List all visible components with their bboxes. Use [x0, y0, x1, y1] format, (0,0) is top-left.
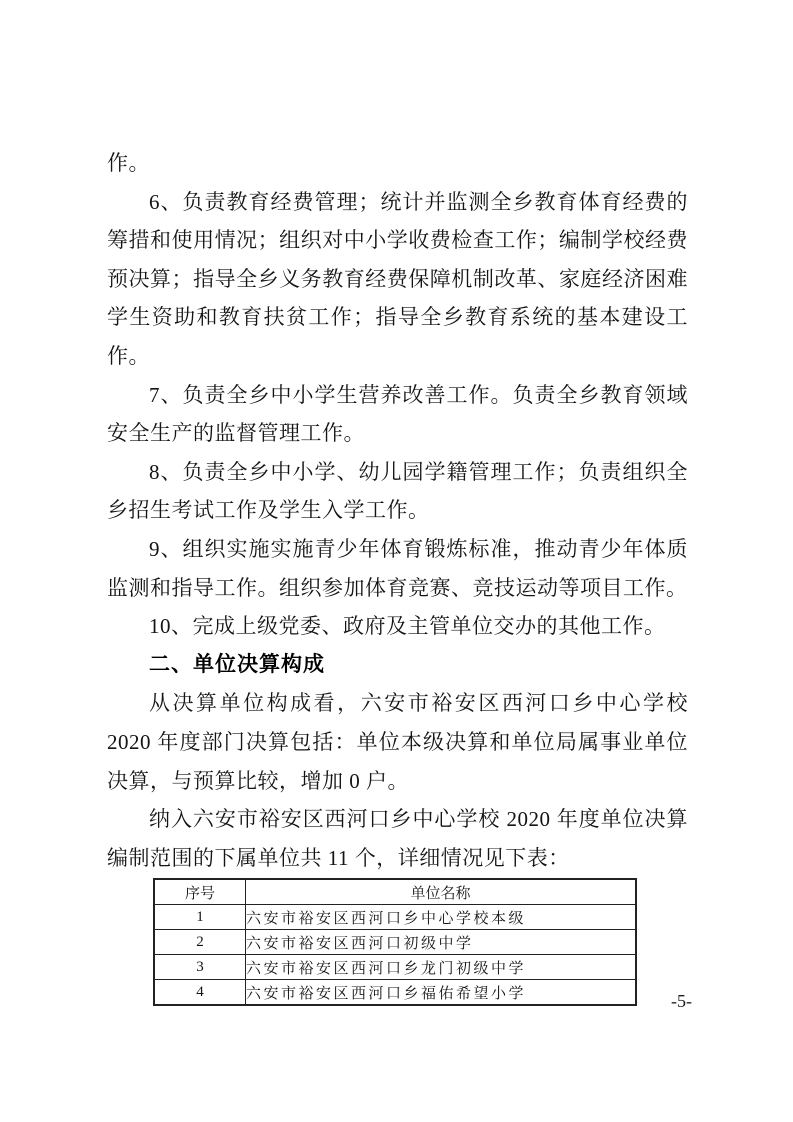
- cell-unit-name: 六安市裕安区西河口乡中心学校本级: [246, 905, 637, 930]
- cell-unit-name: 六安市裕安区西河口乡龙门初级中学: [246, 955, 637, 980]
- duty-item-8: 8、负责全乡中小学、幼儿园学籍管理工作；负责组织全乡招生考试工作及学生入学工作。: [107, 453, 688, 530]
- cell-index: 3: [154, 955, 246, 980]
- column-header-unit-name: 单位名称: [246, 879, 637, 905]
- table-row: 1 六安市裕安区西河口乡中心学校本级: [154, 905, 636, 930]
- cell-index: 1: [154, 905, 246, 930]
- table-row: 3 六安市裕安区西河口乡龙门初级中学: [154, 955, 636, 980]
- column-header-index: 序号: [154, 879, 246, 905]
- cell-unit-name: 六安市裕安区西河口乡福佑希望小学: [246, 980, 637, 1006]
- subordinate-units-table: 序号 单位名称 1 六安市裕安区西河口乡中心学校本级 2 六安市裕安区西河口初级…: [153, 878, 637, 1006]
- section-heading: 二、单位决算构成: [107, 646, 688, 685]
- document-page: 作。 6、负责教育经费管理；统计并监测全乡教育体育经费的筹措和使用情况；组织对中…: [0, 0, 793, 1122]
- table-row: 4 六安市裕安区西河口乡福佑希望小学: [154, 980, 636, 1006]
- table-header-row: 序号 单位名称: [154, 879, 636, 905]
- cell-index: 4: [154, 980, 246, 1006]
- duty-item-10: 10、完成上级党委、政府及主管单位交办的其他工作。: [107, 607, 688, 646]
- page-number: -5-: [671, 991, 692, 1012]
- duty-item-6: 6、负责教育经费管理；统计并监测全乡教育体育经费的筹措和使用情况；组织对中小学收…: [107, 183, 688, 376]
- duty-item-7: 7、负责全乡中小学生营养改善工作。负责全乡教育领域安全生产的监督管理工作。: [107, 376, 688, 453]
- subordinate-units-intro-paragraph: 纳入六安市裕安区西河口乡中心学校 2020 年度单位决算编制范围的下属单位共 1…: [107, 800, 688, 877]
- cell-index: 2: [154, 930, 246, 955]
- duty-item-9: 9、组织实施实施青少年体育锻炼标准，推动青少年体质监测和指导工作。组织参加体育竞…: [107, 530, 688, 607]
- cell-unit-name: 六安市裕安区西河口初级中学: [246, 930, 637, 955]
- document-body: 作。 6、负责教育经费管理；统计并监测全乡教育体育经费的筹措和使用情况；组织对中…: [107, 144, 688, 1006]
- table-row: 2 六安市裕安区西河口初级中学: [154, 930, 636, 955]
- paragraph-continuation: 作。: [107, 144, 688, 183]
- budget-composition-paragraph: 从决算单位构成看，六安市裕安区西河口乡中心学校 2020 年度部门决算包括：单位…: [107, 684, 688, 800]
